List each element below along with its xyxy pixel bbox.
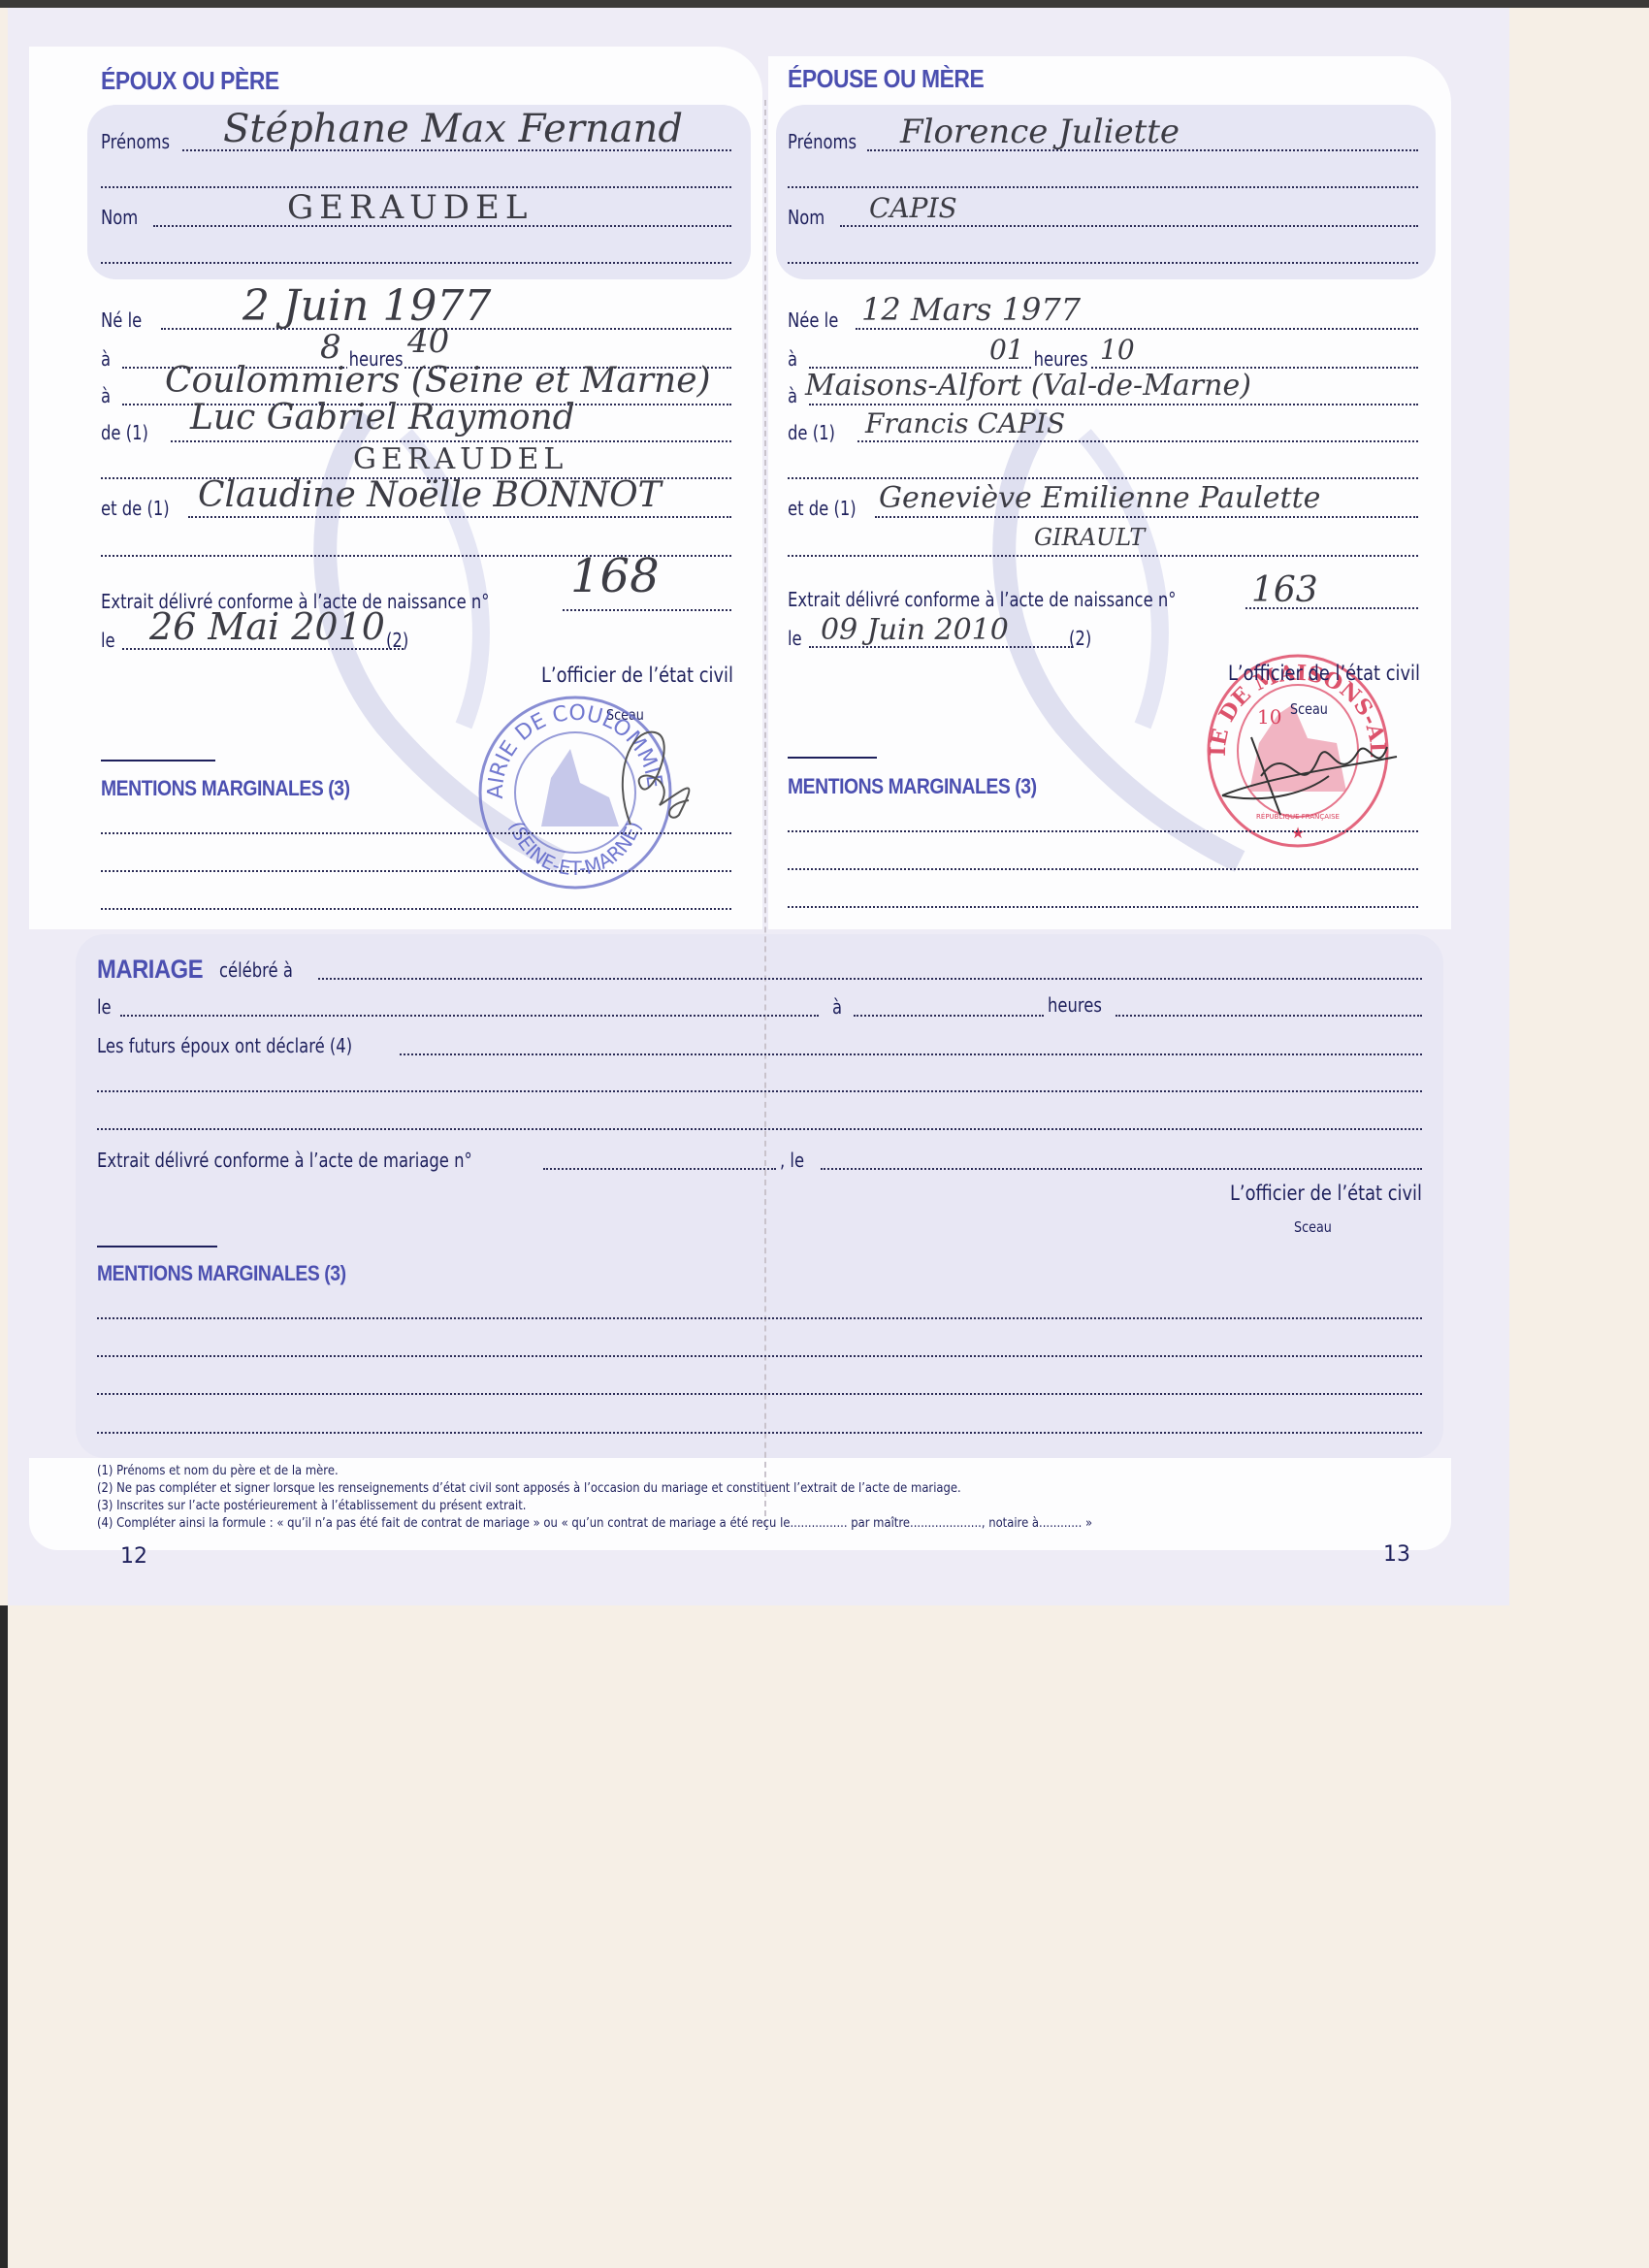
label-extrait-mariage: Extrait délivré conforme à l’acte de mar… — [97, 1149, 472, 1172]
field-line — [188, 516, 731, 518]
value-pere[interactable]: Francis CAPIS — [865, 407, 1065, 439]
label-heures-mariage: heures — [1048, 993, 1102, 1017]
value-prenoms[interactable]: Florence Juliette — [900, 113, 1180, 151]
value-heure-m[interactable]: 10 — [1100, 334, 1135, 366]
field-mariage-date[interactable] — [120, 1015, 819, 1017]
page-fold — [764, 100, 766, 1526]
value-pere-nom[interactable]: GERAUDEL — [353, 442, 567, 476]
value-nom[interactable]: GERAUDEL — [287, 188, 533, 227]
value-date-extrait[interactable]: 26 Mai 2010 — [149, 605, 385, 648]
value-nom[interactable]: CAPIS — [869, 192, 957, 224]
scanner-left-edge — [0, 1605, 8, 2268]
field-declaration[interactable] — [97, 1090, 1422, 1092]
value-mere[interactable]: Claudine Noëlle BONNOT — [198, 475, 662, 515]
label-nee-le: Née le — [788, 308, 838, 332]
label-et-de-mere: et de (1) — [101, 497, 170, 520]
footnote-ref-2: (2) — [386, 629, 408, 652]
label-nom: Nom — [788, 206, 824, 229]
field-mariage-minutes[interactable] — [1115, 1015, 1422, 1017]
label-a-lieu: à — [101, 384, 111, 407]
mention-line — [97, 1432, 1422, 1434]
field-declaration[interactable] — [400, 1053, 1422, 1055]
label-a-lieu: à — [788, 384, 797, 407]
mention-line — [788, 830, 1418, 832]
field-mariage-lieu[interactable] — [318, 978, 1422, 980]
value-heure-m[interactable]: 40 — [407, 322, 449, 361]
value-lieu[interactable]: Maisons-Alfort (Val-de-Marne) — [805, 369, 1251, 403]
label-le-extrait: le — [788, 627, 802, 650]
value-lieu[interactable]: Coulommiers (Seine et Marne) — [165, 361, 711, 401]
field-declaration[interactable] — [97, 1128, 1422, 1130]
label-nom: Nom — [101, 206, 138, 229]
section-heading-mariage: MARIAGE — [97, 955, 203, 985]
label-de-pere: de (1) — [788, 421, 835, 444]
field-line — [122, 648, 404, 650]
label-officier: L’officier de l’état civil — [1228, 662, 1420, 685]
section-divider — [788, 757, 877, 759]
footnote-1: (1) Prénoms et nom du père et de la mère… — [97, 1463, 339, 1478]
section-divider — [97, 1246, 217, 1247]
value-pere[interactable]: Luc Gabriel Raymond — [190, 398, 575, 437]
label-sceau-mariage: Sceau — [1294, 1218, 1332, 1236]
field-line — [840, 225, 1418, 227]
value-date-naissance[interactable]: 2 Juin 1977 — [242, 281, 491, 331]
mention-line — [101, 870, 731, 872]
label-comma-le: , le — [780, 1149, 804, 1172]
mention-line — [97, 1317, 1422, 1319]
page-number-right: 13 — [1383, 1542, 1410, 1567]
field-line — [101, 262, 731, 264]
signature-right — [1212, 718, 1406, 834]
value-acte-numero[interactable]: 168 — [570, 549, 660, 603]
field-line — [788, 555, 1418, 557]
label-a-heure: à — [101, 347, 111, 371]
value-heure-h[interactable]: 01 — [989, 334, 1024, 366]
section-heading-epouse: ÉPOUSE OU MÈRE — [788, 64, 984, 94]
mention-line — [788, 906, 1418, 908]
footnote-4: (4) Compléter ainsi la formule : « qu’il… — [97, 1515, 1092, 1531]
label-futurs-epoux: Les futurs époux ont déclaré (4) — [97, 1034, 352, 1057]
value-mere[interactable]: Geneviève Emilienne Paulette — [879, 481, 1320, 515]
label-extrait-naissance: Extrait délivré conforme à l’acte de nai… — [788, 588, 1176, 611]
section-divider — [101, 760, 215, 761]
label-celebre: célébré à — [219, 958, 293, 982]
field-line — [788, 477, 1418, 479]
field-mariage-heure[interactable] — [854, 1015, 1044, 1017]
value-prenoms[interactable]: Stéphane Max Fernand — [223, 107, 683, 151]
label-prenoms: Prénoms — [101, 130, 170, 153]
label-le-mariage: le — [97, 995, 112, 1019]
label-prenoms: Prénoms — [788, 130, 857, 153]
label-officier: L’officier de l’état civil — [541, 664, 733, 687]
field-line — [809, 404, 1418, 405]
label-de-pere: de (1) — [101, 421, 148, 444]
section-heading-mentions-right: MENTIONS MARGINALES (3) — [788, 774, 1037, 799]
page-number-left: 12 — [120, 1544, 147, 1569]
label-et-de-mere: et de (1) — [788, 497, 857, 520]
footnote-ref-2: (2) — [1069, 627, 1091, 650]
field-line — [788, 262, 1418, 264]
field-acte-mariage-numero[interactable] — [543, 1168, 776, 1170]
value-date-extrait[interactable]: 09 Juin 2010 — [821, 613, 1009, 647]
label-sceau: Sceau — [1290, 700, 1328, 718]
mention-line — [101, 832, 731, 834]
field-acte-mariage-date[interactable] — [821, 1168, 1422, 1170]
value-date-naissance[interactable]: 12 Mars 1977 — [861, 291, 1081, 328]
field-line — [856, 328, 1418, 330]
section-heading-mentions-left: MENTIONS MARGINALES (3) — [101, 776, 350, 801]
scanner-top-edge — [0, 0, 1649, 8]
section-heading-epoux: ÉPOUX OU PÈRE — [101, 66, 279, 96]
label-heures: heures — [1032, 347, 1089, 371]
value-mere-nom[interactable]: GIRAULT — [1034, 524, 1145, 551]
footnote-3: (3) Inscrites sur l’acte postérieurement… — [97, 1498, 526, 1513]
field-line — [857, 440, 1418, 442]
mention-line — [101, 908, 731, 910]
field-line — [875, 516, 1418, 518]
label-a-mariage: à — [832, 995, 842, 1019]
label-le-extrait: le — [101, 629, 115, 652]
label-a-heure: à — [788, 347, 797, 371]
section-heading-mentions-mariage: MENTIONS MARGINALES (3) — [97, 1261, 346, 1286]
value-acte-numero[interactable]: 163 — [1251, 570, 1318, 610]
mention-line — [788, 868, 1418, 870]
mention-line — [97, 1355, 1422, 1357]
mention-line — [97, 1393, 1422, 1395]
field-line — [788, 186, 1418, 188]
label-officier-mariage: L’officier de l’état civil — [1230, 1182, 1422, 1205]
footnote-2: (2) Ne pas compléter et signer lorsque l… — [97, 1480, 961, 1496]
field-line — [563, 609, 731, 611]
label-ne-le: Né le — [101, 308, 142, 332]
